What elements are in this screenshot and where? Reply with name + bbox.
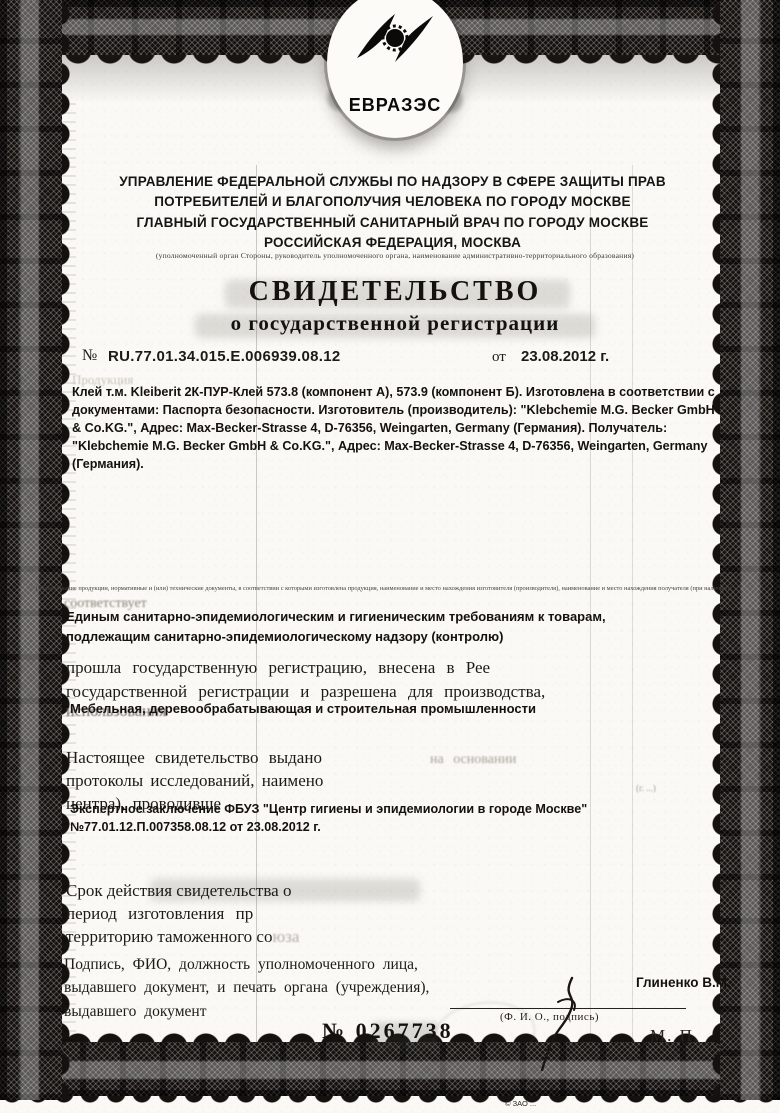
certificate-page: ЕВРАЗЭС УПРАВЛЕНИЕ ФЕДЕРАЛЬНОЙ СЛУЖБЫ ПО…: [0, 0, 780, 1113]
validity-line-start: территорию таможенного со: [66, 927, 272, 946]
validity-line-faded: юза: [272, 927, 299, 946]
authority-caption: (уполномоченный орган Стороны, руководит…: [95, 251, 695, 260]
document-title: СВИДЕТЕЛЬСТВО: [70, 276, 720, 308]
logo-org-name: ЕВРАЗЭС: [349, 95, 442, 116]
registration-number: RU.77.01.34.015.Е.006939.08.12: [108, 348, 341, 365]
print-credit: © ЗАО ...: [505, 1099, 536, 1108]
issuance-line: протоколы исследований, наимено: [66, 771, 323, 791]
border-right: [720, 0, 780, 1100]
issuance-line-faded: на основании: [430, 752, 516, 768]
fine-print-line: (наименование продукции, нормативные и (…: [36, 585, 748, 592]
signature-description: Подпись, ФИО, должность уполномоченного …: [64, 953, 484, 1023]
product-description: Клей т.м. Kleiberit 2К-ПУР-Клей 573.8 (к…: [72, 384, 720, 473]
border-bottom: [0, 1042, 780, 1096]
validity-line: территорию таможенного союза: [66, 927, 299, 947]
authority-line: РОССИЙСКАЯ ФЕДЕРАЦИЯ, МОСКВА: [70, 233, 715, 253]
validity-line: Срок действия свидетельства о: [66, 881, 291, 901]
document-subtitle: о государственной регистрации: [70, 311, 720, 336]
date-label: от: [492, 349, 506, 366]
seal-place-label: М. П.: [650, 1026, 700, 1046]
issuance-line: Настоящее свидетельство выдано: [66, 748, 322, 768]
expert-conclusion: Экспертное заключение ФБУЗ "Центр гигиен…: [70, 801, 640, 836]
evrazes-emblem-icon: [351, 6, 439, 74]
border-left: [0, 0, 62, 1100]
compliance-requirements: Единым санитарно-эпидемиологическим и ги…: [66, 607, 681, 647]
registration-statement-line: государственной регистрации и разрешена …: [66, 682, 545, 702]
authority-line: УПРАВЛЕНИЕ ФЕДЕРАЛЬНОЙ СЛУЖБЫ ПО НАДЗОРУ…: [70, 172, 715, 213]
industry-scope: Мебельная, деревообрабатывающая и строит…: [70, 701, 670, 716]
number-sign: №: [82, 347, 97, 365]
validity-line: период изготовления пр: [66, 904, 253, 924]
form-number: № 0267738: [322, 1018, 454, 1044]
official-name: Глиненко В.М.: [636, 975, 731, 990]
handwritten-signature: [520, 972, 610, 1072]
registration-statement-line: прошла государственную регистрацию, внес…: [66, 658, 490, 678]
issuing-authority: УПРАВЛЕНИЕ ФЕДЕРАЛЬНОЙ СЛУЖБЫ ПО НАДЗОРУ…: [70, 172, 715, 253]
faint-right-mark: (г. ...): [636, 783, 656, 793]
registration-date: 23.08.2012 г.: [521, 348, 609, 365]
authority-line: ГЛАВНЫЙ ГОСУДАРСТВЕННЫЙ САНИТАРНЫЙ ВРАЧ …: [70, 213, 715, 233]
